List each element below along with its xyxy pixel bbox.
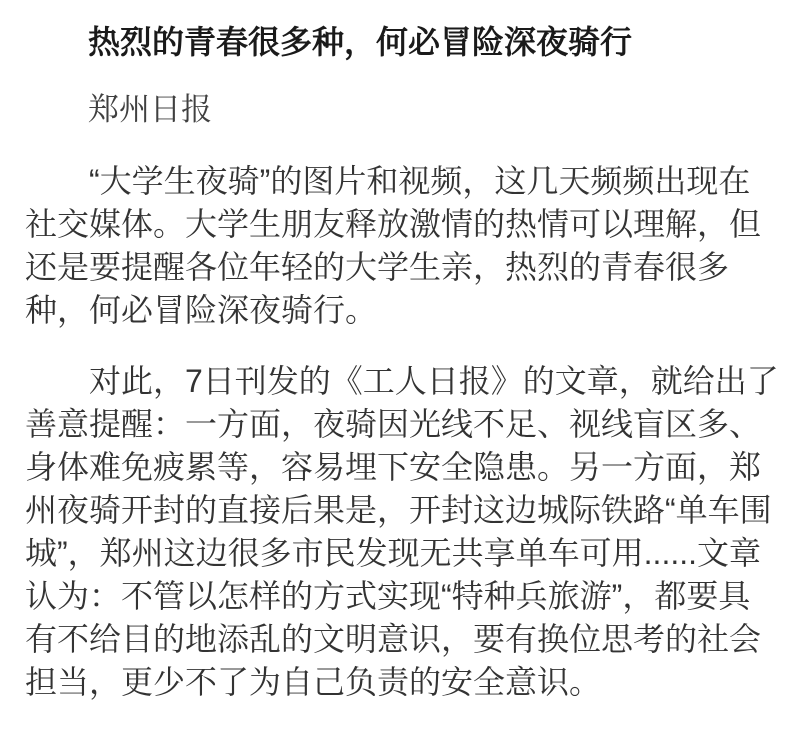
article-paragraph-1: “大学生夜骑”的图片和视频，这几天频频出现在 社交媒体。大学生朋友释放激情的热情… [25, 160, 785, 332]
article-paragraph-2: 对此，7日刊发的《工人日报》的文章，就给出了 善意提醒：一方面，夜骑因光线不足、… [25, 360, 785, 704]
article-title: 热烈的青春很多种，何必冒险深夜骑行 [25, 20, 785, 64]
article-source: 郑州日报 [25, 88, 785, 132]
article-page: 热烈的青春很多种，何必冒险深夜骑行 郑州日报 “大学生夜骑”的图片和视频，这几天… [0, 0, 800, 740]
